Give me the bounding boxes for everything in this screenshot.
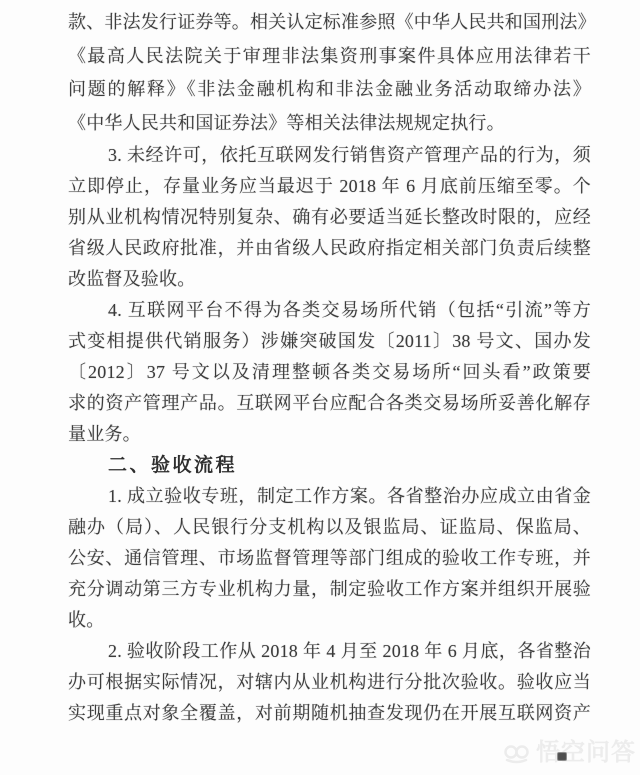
text-line: 改监督及验收。 [68, 264, 591, 295]
wukong-logo-icon [501, 741, 531, 765]
text-line: 式变相提供代销服务）涉嫌突破国发〔2011〕38 号文、国办发 [68, 326, 591, 357]
text-line: 立即停止，存量业务应当最迟于 2018 年 6 月底前压缩至零。个 [68, 171, 591, 202]
text-line: 收。 [68, 605, 591, 636]
watermark-dark-mark [557, 752, 567, 761]
text-line: 1. 成立验收专班，制定工作方案。各省整治办应成立由省金 [68, 481, 591, 512]
text-line: 省级人民政府批准，并由省级人民政府指定相关部门负责后续整 [68, 233, 591, 264]
text-line: 3. 未经许可，依托互联网发行销售资产管理产品的行为，须 [68, 140, 591, 171]
text-line: 问题的解释》《非法金融机构和非法金融业务活动取缔办法》 [68, 73, 591, 107]
text-line: 款、非法发行证券等。相关认定标准参照《中华人民共和国刑法》 [68, 6, 591, 40]
text-line: 别从业机构情况特别复杂、确有必要适当延长整改时限的，应经 [68, 202, 591, 233]
text-line: 融办（局）、人民银行分支机构以及银监局、证监局、保监局、 [68, 512, 591, 543]
text-line: 《中华人民共和国证券法》等相关法律法规规定执行。 [68, 107, 591, 141]
text-line: 4. 互联网平台不得为各类交易场所代销（包括“引流”等方 [68, 295, 591, 326]
text-line: 公安、通信管理、市场监督管理等部门组成的验收工作专班，并 [68, 543, 591, 574]
text-line: 办可根据实际情况，对辖内从业机构进行分批次验收。验收应当 [68, 667, 591, 698]
text-line: 求的资产管理产品。互联网平台应配合各类交易场所妥善化解存 [68, 388, 591, 419]
text-line: 2. 验收阶段工作从 2018 年 4 月至 2018 年 6 月底，各省整治 [68, 636, 591, 667]
watermark-label: 悟空问答 [536, 738, 636, 768]
text-line: 〔2012〕37 号文以及清理整顿各类交易场所“回头看”政策要 [68, 357, 591, 388]
text-line: 充分调动第三方专业机构力量，制定验收工作方案并组织开展验 [68, 574, 591, 605]
section-heading: 二、验收流程 [68, 450, 591, 481]
text-line: 《最高人民法院关于审理非法集资刑事案件具体应用法律若干 [68, 40, 591, 74]
text-line: 量业务。 [68, 419, 591, 450]
document-page: 款、非法发行证券等。相关认定标准参照《中华人民共和国刑法》《最高人民法院关于审理… [0, 0, 640, 775]
text-line: 实现重点对象全覆盖，对前期随机抽查发现仍在开展互联网资产 [68, 698, 591, 729]
document-body: 款、非法发行证券等。相关认定标准参照《中华人民共和国刑法》《最高人民法院关于审理… [68, 6, 591, 729]
watermark: 悟空问答 [501, 738, 636, 768]
